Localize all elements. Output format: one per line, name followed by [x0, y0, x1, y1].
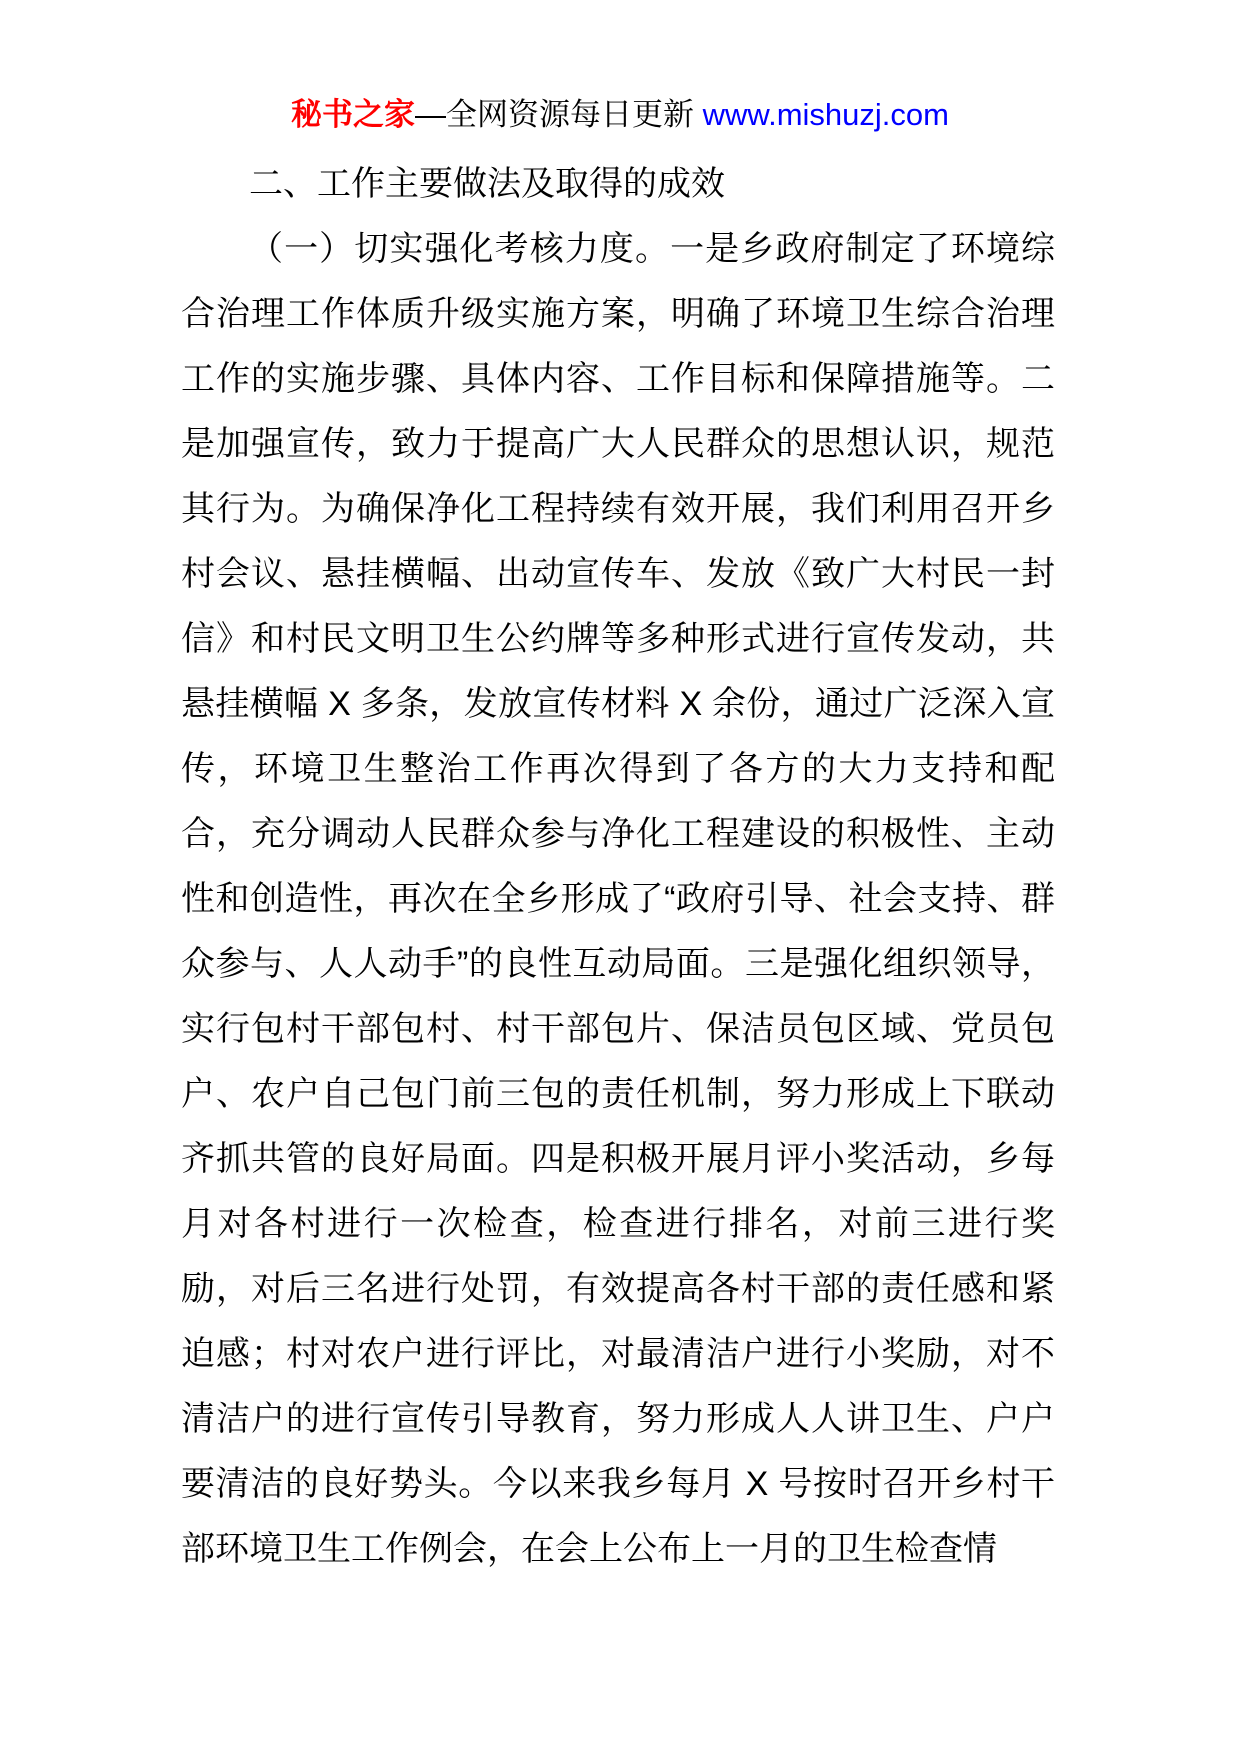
- body-paragraph: （一）切实强化考核力度。一是乡政府制定了环境综合治理工作体质升级实施方案，明确了…: [181, 217, 1055, 1582]
- document-page: 秘书之家—全网资源每日更新 www.mishuzj.com 二、工作主要做法及取…: [0, 0, 1240, 1754]
- site-url-link[interactable]: www.mishuzj.com: [703, 97, 949, 132]
- header-tagline: —全网资源每日更新: [415, 97, 703, 132]
- document-body: 二、工作主要做法及取得的成效 （一）切实强化考核力度。一是乡政府制定了环境综合治…: [181, 152, 1055, 1582]
- site-header: 秘书之家—全网资源每日更新 www.mishuzj.com: [0, 94, 1240, 136]
- section-heading: 二、工作主要做法及取得的成效: [181, 152, 1055, 217]
- brand-name: 秘书之家: [291, 97, 415, 132]
